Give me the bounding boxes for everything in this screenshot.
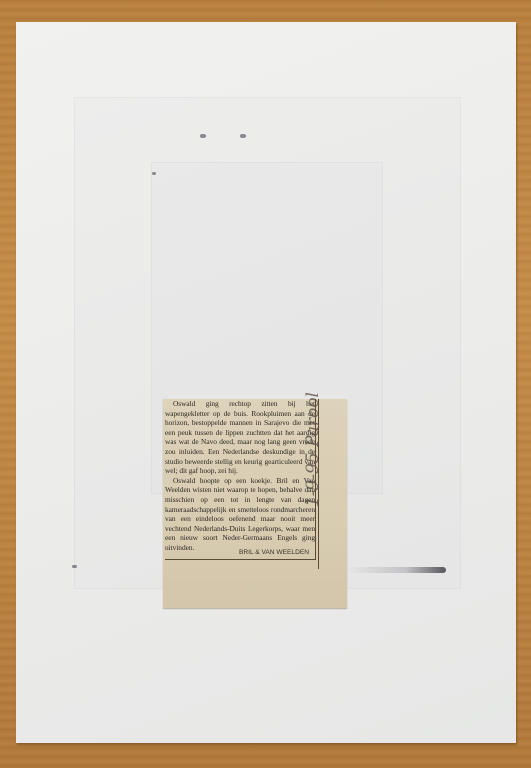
newspaper-clipping: Oswald ging rechtop zitten bij het wapen… <box>163 399 347 608</box>
article-column: Oswald ging rechtop zitten bij het wapen… <box>165 399 316 560</box>
ink-smudge <box>346 567 446 573</box>
byline: BRIL & VAN WEELDEN <box>239 549 309 556</box>
article-paragraph-1: Oswald ging rechtop zitten bij het wapen… <box>165 399 315 476</box>
ink-speck <box>240 134 246 138</box>
paper-sheet: Oswald ging rechtop zitten bij het wapen… <box>16 22 516 743</box>
handwritten-date-note: 1-9-95 Parool <box>303 392 323 507</box>
ink-speck <box>200 134 206 138</box>
ink-speck <box>152 172 156 175</box>
article-paragraph-2: Oswald hoopte op een koekje. Bril en Van… <box>165 476 315 553</box>
ink-speck <box>72 565 77 568</box>
